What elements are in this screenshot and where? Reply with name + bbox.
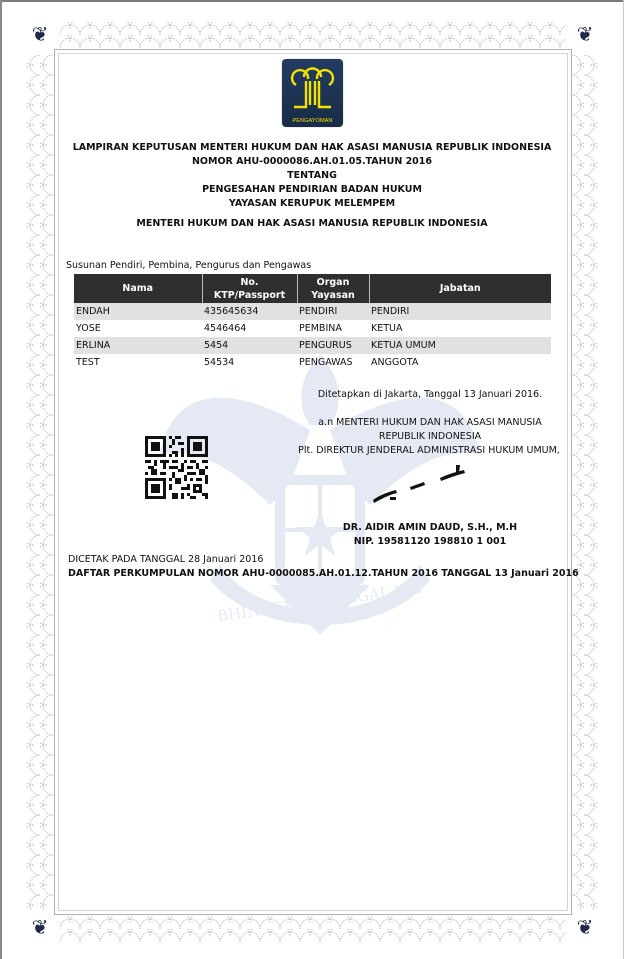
register-number: DAFTAR PERKUMPULAN NOMOR AHU-0000085.AH.… <box>68 568 579 579</box>
window-frame-top <box>0 0 624 2</box>
table-row: ENDAH 435645634 PENDIRI PENDIRI <box>74 303 551 320</box>
table-header-row: Nama No. KTP/Passport Organ Yayasan Jaba… <box>74 274 551 303</box>
title-line-4: PENGESAHAN PENDIRIAN BADAN HUKUM <box>60 183 564 197</box>
pengayoman-logo: PENGAYOMAN <box>282 59 343 127</box>
table-row: ERLINA 5454 PENGURUS KETUA UMUM <box>74 337 551 354</box>
table-row: YOSE 4546464 PEMBINA KETUA <box>74 320 551 337</box>
table-row: TEST 54534 PENGAWAS ANGGOTA <box>74 354 551 371</box>
cell-organ: PEMBINA <box>297 320 369 337</box>
cell-nama: ENDAH <box>74 303 202 320</box>
signatory-name: DR. AIDIR AMIN DAUD, S.H., M.H <box>300 521 560 535</box>
signature-mark <box>370 462 480 512</box>
cell-nama: ERLINA <box>74 337 202 354</box>
on-behalf-line-2: REPUBLIK INDONESIA <box>300 430 560 444</box>
ornament-icon: ❦ <box>29 23 51 45</box>
border-pattern-left <box>27 55 53 910</box>
cell-organ: PENDIRI <box>297 303 369 320</box>
banyan-tree-icon <box>282 59 343 119</box>
window-frame-left <box>0 0 2 959</box>
cell-ktp: 54534 <box>202 354 297 371</box>
members-table: Nama No. KTP/Passport Organ Yayasan Jaba… <box>74 274 551 371</box>
on-behalf-line-1: a.n MENTERI HUKUM DAN HAK ASASI MANUSIA <box>300 416 560 430</box>
cell-jabatan: ANGGOTA <box>369 354 551 371</box>
signatory-nip: NIP. 19581120 198810 1 001 <box>300 535 560 549</box>
qr-code-icon <box>145 436 208 499</box>
cell-nama: TEST <box>74 354 202 371</box>
column-header-organ: Organ Yayasan <box>297 274 369 303</box>
column-header-nama: Nama <box>74 274 202 303</box>
logo-text: PENGAYOMAN <box>282 118 343 124</box>
title-line-1: LAMPIRAN KEPUTUSAN MENTERI HUKUM DAN HAK… <box>60 141 564 155</box>
ornament-icon: ❦ <box>574 916 596 938</box>
cell-ktp: 435645634 <box>202 303 297 320</box>
cell-organ: PENGURUS <box>297 337 369 354</box>
column-header-ktp: No. KTP/Passport <box>202 274 297 303</box>
border-pattern-right <box>571 55 597 910</box>
column-header-jabatan: Jabatan <box>369 274 551 303</box>
table-caption: Susunan Pendiri, Pembina, Pengurus dan P… <box>66 260 311 271</box>
cell-ktp: 4546464 <box>202 320 297 337</box>
title-line-5: YAYASAN KERUPUK MELEMPEM <box>60 197 564 211</box>
cell-nama: YOSE <box>74 320 202 337</box>
ornament-icon: ❦ <box>29 916 51 938</box>
printed-date: DICETAK PADA TANGGAL 28 Januari 2016 <box>68 554 263 565</box>
place-date: Ditetapkan di Jakarta, Tanggal 13 Januar… <box>300 388 560 402</box>
cell-organ: PENGAWAS <box>297 354 369 371</box>
title-line-2: NOMOR AHU-0000086.AH.01.05.TAHUN 2016 <box>60 155 564 169</box>
cell-jabatan: KETUA <box>369 320 551 337</box>
border-pattern-bottom <box>60 916 566 942</box>
authority-line: MENTERI HUKUM DAN HAK ASASI MANUSIA REPU… <box>60 217 564 231</box>
border-pattern-top <box>60 22 566 48</box>
cell-ktp: 5454 <box>202 337 297 354</box>
title-line-3: TENTANG <box>60 169 564 183</box>
ornament-icon: ❦ <box>574 23 596 45</box>
signatory-position: Plt. DIREKTUR JENDERAL ADMINISTRASI HUKU… <box>294 444 564 458</box>
cell-jabatan: PENDIRI <box>369 303 551 320</box>
cell-jabatan: KETUA UMUM <box>369 337 551 354</box>
